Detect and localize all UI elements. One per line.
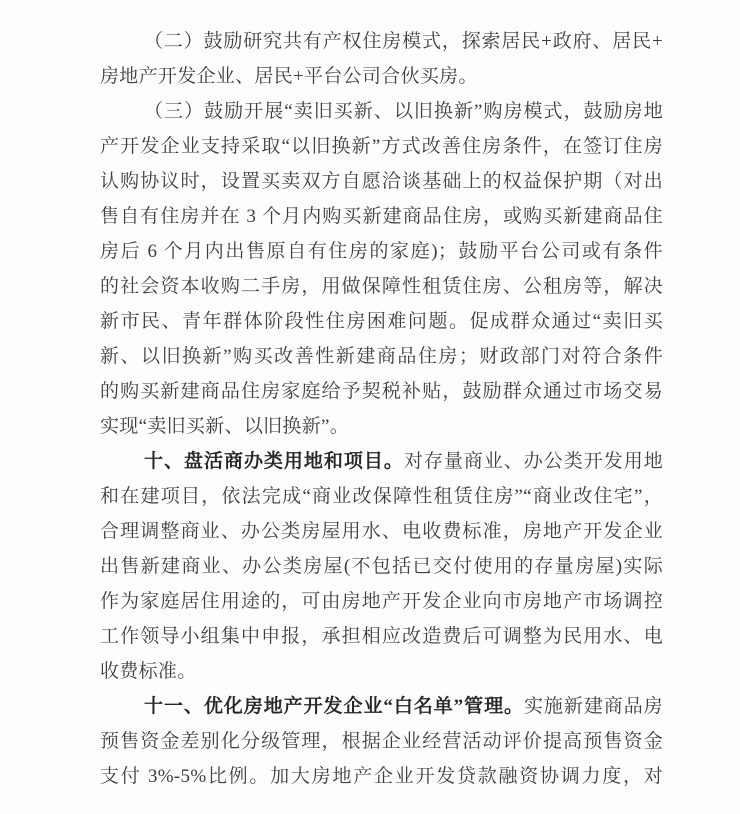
line-text: 新、以旧换新”购买改善性新建商品住房；财政部门对符合条件 bbox=[100, 346, 663, 367]
line-text: （三）鼓励开展“卖旧买新、以旧换新”购房模式，鼓励房地 bbox=[144, 101, 663, 122]
line-text: 作为家庭居住用途的，可由房地产开发企业向市房地产市场调控 bbox=[100, 591, 663, 612]
text-line: 的社会资本收购二手房，用做保障性租赁住房、公租房等，解决 bbox=[100, 269, 663, 304]
text-line: （二）鼓励研究共有产权住房模式，探索居民+政府、居民+ bbox=[100, 24, 663, 59]
line-text: 产开发企业支持采取“以旧换新”方式改善住房条件，在签订住房 bbox=[100, 136, 663, 157]
text-line: 的购买新建商品住房家庭给予契税补贴，鼓励群众通过市场交易 bbox=[100, 374, 663, 409]
line-text: 认购协议时，设置买卖双方自愿洽谈基础上的权益保护期（对出 bbox=[100, 171, 663, 192]
line-text: 的购买新建商品住房家庭给予契税补贴，鼓励群众通过市场交易 bbox=[100, 381, 663, 402]
text-line: 新、以旧换新”购买改善性新建商品住房；财政部门对符合条件 bbox=[100, 339, 663, 374]
text-line: 新市民、青年群体阶段性住房困难问题。促成群众通过“卖旧买 bbox=[100, 304, 663, 339]
text-line: 房后 6 个月内出售原自有住房的家庭)；鼓励平台公司或有条件 bbox=[100, 234, 663, 269]
section-heading: 十一、优化房地产开发企业“白名单”管理。 bbox=[144, 696, 524, 717]
line-text: 预售资金差别化分级管理，根据企业经营活动评价提高预售资金 bbox=[100, 731, 663, 752]
text-line: 房地产开发企业、居民+平台公司合伙买房。 bbox=[100, 59, 663, 94]
line-text: 实施新建商品房 bbox=[524, 696, 663, 717]
text-line: 预售资金差别化分级管理，根据企业经营活动评价提高预售资金 bbox=[100, 724, 663, 759]
line-text: 房后 6 个月内出售原自有住房的家庭)；鼓励平台公司或有条件 bbox=[100, 241, 663, 262]
line-text: （二）鼓励研究共有产权住房模式，探索居民+政府、居民+ bbox=[144, 31, 663, 52]
line-text: 实现“卖旧买新、以旧换新”。 bbox=[100, 416, 349, 437]
text-line: 实现“卖旧买新、以旧换新”。 bbox=[100, 409, 663, 444]
section-heading: 十、盘活商办类用地和项目。 bbox=[144, 451, 404, 472]
text-line: 产开发企业支持采取“以旧换新”方式改善住房条件，在签订住房 bbox=[100, 129, 663, 164]
text-line: 和在建项目，依法完成“商业改保障性租赁住房”“商业改住宅”， bbox=[100, 479, 663, 514]
text-line: 十一、优化房地产开发企业“白名单”管理。实施新建商品房 bbox=[100, 689, 663, 724]
text-line: 作为家庭居住用途的，可由房地产开发企业向市房地产市场调控 bbox=[100, 584, 663, 619]
line-text: 售自有住房并在 3 个月内购买新建商品住房，或购买新建商品住 bbox=[100, 206, 663, 227]
line-text: 和在建项目，依法完成“商业改保障性租赁住房”“商业改住宅”， bbox=[100, 486, 663, 507]
text-line: 收费标准。 bbox=[100, 654, 663, 689]
line-text: 收费标准。 bbox=[100, 661, 197, 682]
text-line: 出售新建商业、办公类房屋(不包括已交付使用的存量房屋)实际 bbox=[100, 549, 663, 584]
line-text: 新市民、青年群体阶段性住房困难问题。促成群众通过“卖旧买 bbox=[100, 311, 663, 332]
text-line: 十、盘活商办类用地和项目。对存量商业、办公类开发用地 bbox=[100, 444, 663, 479]
text-line: 支付 3%-5%比例。加大房地产企业开发贷款融资协调力度，对 bbox=[100, 759, 663, 794]
text-line: 售自有住房并在 3 个月内购买新建商品住房，或购买新建商品住 bbox=[100, 199, 663, 234]
line-text: 对存量商业、办公类开发用地 bbox=[404, 451, 663, 472]
text-column: （二）鼓励研究共有产权住房模式，探索居民+政府、居民+ 房地产开发企业、居民+平… bbox=[100, 24, 663, 794]
document-page: （二）鼓励研究共有产权住房模式，探索居民+政府、居民+ 房地产开发企业、居民+平… bbox=[0, 0, 740, 814]
line-text: 合理调整商业、办公类房屋用水、电收费标准，房地产开发企业 bbox=[100, 521, 663, 542]
line-text: 支付 3%-5%比例。加大房地产企业开发贷款融资协调力度，对 bbox=[100, 766, 663, 787]
line-text: 房地产开发企业、居民+平台公司合伙买房。 bbox=[100, 66, 478, 87]
line-text: 出售新建商业、办公类房屋(不包括已交付使用的存量房屋)实际 bbox=[100, 556, 663, 577]
text-line: 认购协议时，设置买卖双方自愿洽谈基础上的权益保护期（对出 bbox=[100, 164, 663, 199]
line-text: 的社会资本收购二手房，用做保障性租赁住房、公租房等，解决 bbox=[100, 276, 663, 297]
text-line: 合理调整商业、办公类房屋用水、电收费标准，房地产开发企业 bbox=[100, 514, 663, 549]
text-line: （三）鼓励开展“卖旧买新、以旧换新”购房模式，鼓励房地 bbox=[100, 94, 663, 129]
text-line: 工作领导小组集中申报，承担相应改造费后可调整为民用水、电 bbox=[100, 619, 663, 654]
line-text: 工作领导小组集中申报，承担相应改造费后可调整为民用水、电 bbox=[100, 626, 663, 647]
